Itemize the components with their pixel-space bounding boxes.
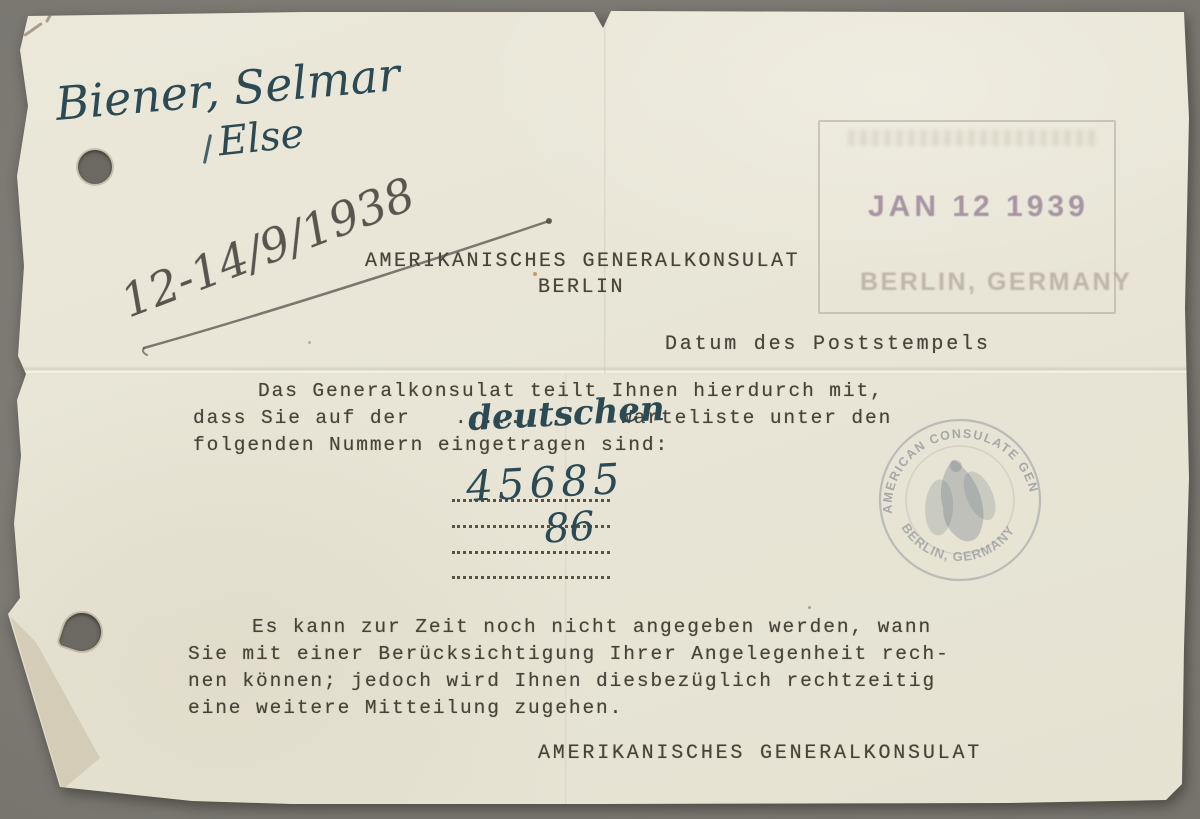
date-stamp-illegible-line <box>848 130 1098 146</box>
received-date-stamp: JAN 12 1939 BERLIN, GERMANY <box>818 120 1116 314</box>
paragraph1-line2-pre: dass Sie auf der <box>193 407 411 429</box>
punch-hole-top <box>78 150 112 184</box>
paragraph2-line2: Sie mit einer Berücksichtigung Ihrer Ang… <box>188 643 950 665</box>
date-stamp-date: JAN 12 1939 <box>868 190 1089 224</box>
letterhead-consulate-line: AMERIKANISCHES GENERALKONSULAT <box>365 250 800 273</box>
vertical-fold-crease-top <box>604 12 607 374</box>
handwritten-pencil-date: 12-14/9/1938 <box>113 167 422 328</box>
paragraph1-line3: folgenden Nummern eingetragen sind: <box>193 434 669 456</box>
insertion-mark <box>203 134 212 164</box>
paper-speck <box>808 606 811 609</box>
letterhead-city-line: BERLIN <box>538 276 625 299</box>
signature-line: AMERIKANISCHES GENERALKONSULAT <box>538 742 982 765</box>
corner-tear-mark <box>23 22 43 37</box>
number-dotted-line-3 <box>452 551 610 554</box>
consular-seal: AMERICAN CONSULATE GENERAL BERLIN, GERMA… <box>851 391 1069 609</box>
postmark-date-label: Datum des Poststempels <box>665 333 991 356</box>
scanned-document-scene: Biener, Selmar Else 12-14/9/1938 AMERIKA… <box>0 0 1200 819</box>
punch-hole-bottom <box>58 608 106 656</box>
date-stamp-location: BERLIN, GERMANY <box>860 268 1132 297</box>
handwritten-name-firstname: Else <box>216 111 307 166</box>
eagle-emblem <box>910 453 1006 551</box>
number-dotted-line-4 <box>452 576 610 579</box>
handwritten-waitlist-number-2: 86 <box>542 503 596 552</box>
handwritten-waitlist-number-1: 45685 <box>465 454 626 511</box>
top-edge-notch-shadow <box>600 12 606 24</box>
paper-speck <box>308 341 311 344</box>
corner-tear-mark <box>45 8 55 23</box>
paragraph2-line1: Es kann zur Zeit noch nicht angegeben we… <box>252 616 932 638</box>
horizontal-fold-crease <box>8 366 1194 375</box>
paragraph2-line3: nen können; jedoch wird Ihnen diesbezügl… <box>188 670 936 692</box>
document-card: Biener, Selmar Else 12-14/9/1938 AMERIKA… <box>8 8 1194 810</box>
paragraph2-line4: eine weitere Mitteilung zugehen. <box>188 697 623 719</box>
